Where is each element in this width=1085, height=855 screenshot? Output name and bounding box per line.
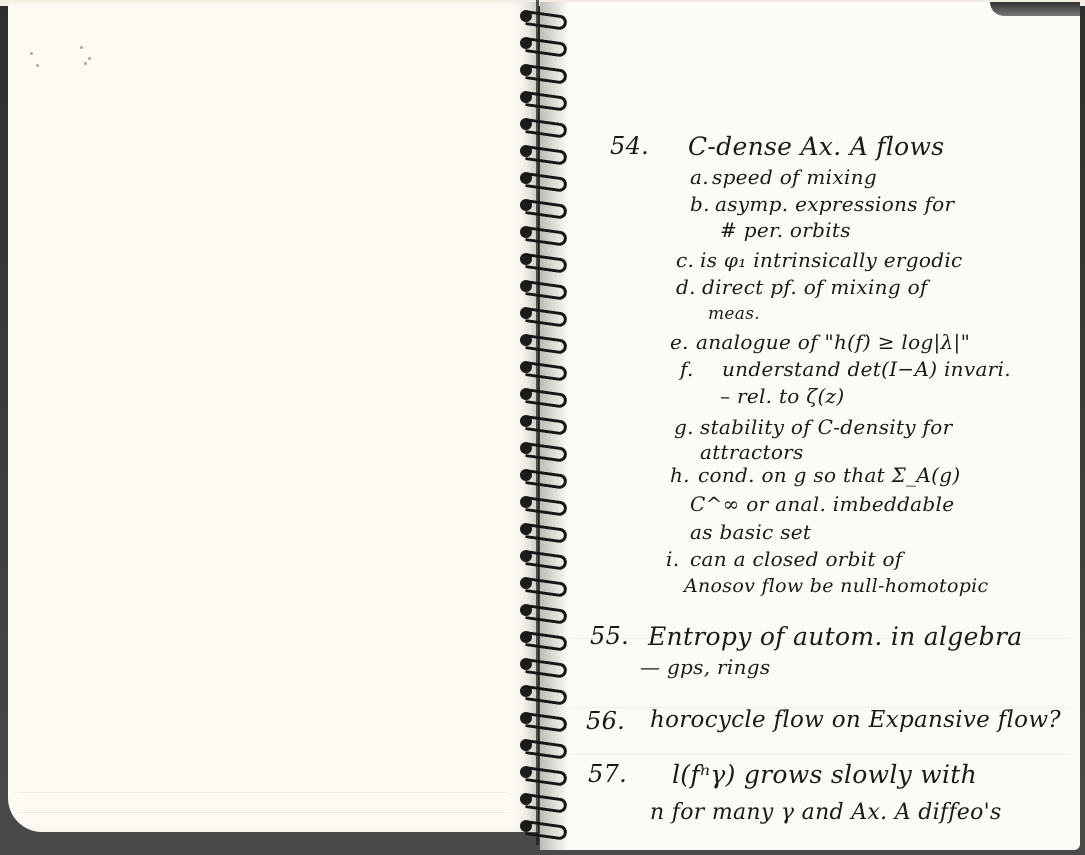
entry-cont: n for many γ and Ax. A diffeo's: [650, 800, 1002, 825]
item-label: d.: [676, 275, 696, 299]
item-text: can a closed orbit of: [690, 547, 902, 571]
item-cont: # per. orbits: [720, 218, 851, 242]
item-text: speed of mixing: [712, 165, 877, 189]
handwritten-notes: 54. C-dense Ax. A flows a. speed of mixi…: [0, 0, 1085, 855]
item-cont: Anosov flow be null-homotopic: [684, 575, 989, 597]
item-label: h.: [670, 463, 690, 487]
item-text: stability of C-density for: [700, 415, 952, 439]
entry-number: 54.: [610, 132, 649, 160]
entry-number: 56.: [586, 707, 625, 735]
item-cont: C^∞ or anal. imbeddable: [690, 492, 954, 516]
item-label: e.: [670, 330, 689, 354]
entry-cont: — gps, rings: [640, 655, 770, 679]
item-text: understand det(I−A) invari.: [722, 357, 1011, 381]
item-label: f.: [680, 357, 694, 381]
item-cont: as basic set: [690, 520, 811, 544]
item-label: b.: [690, 192, 710, 216]
item-text: direct pf. of mixing of: [702, 275, 928, 299]
item-cont: – rel. to ζ(z): [720, 384, 844, 408]
entry-title: horocycle flow on Expansive flow?: [650, 707, 1061, 733]
item-text: asymp. expressions for: [715, 192, 954, 216]
entry-number: 55.: [590, 622, 629, 650]
entry-title: Entropy of autom. in algebra: [648, 622, 1022, 651]
item-text: cond. on g so that Σ_A(g): [698, 463, 960, 487]
item-text: analogue of "h(f) ≥ log|λ|": [696, 330, 970, 354]
item-text: is φ₁ intrinsically ergodic: [700, 248, 963, 272]
entry-number: 57.: [588, 760, 627, 788]
item-cont: meas.: [708, 304, 760, 324]
item-label: i.: [666, 547, 679, 571]
item-label: c.: [676, 248, 694, 272]
entry-title: C-dense Ax. A flows: [688, 132, 944, 161]
item-label: a.: [690, 165, 709, 189]
item-cont: attractors: [700, 440, 804, 464]
entry-title: l(fⁿγ) grows slowly with: [672, 760, 977, 789]
item-label: g.: [674, 415, 694, 439]
